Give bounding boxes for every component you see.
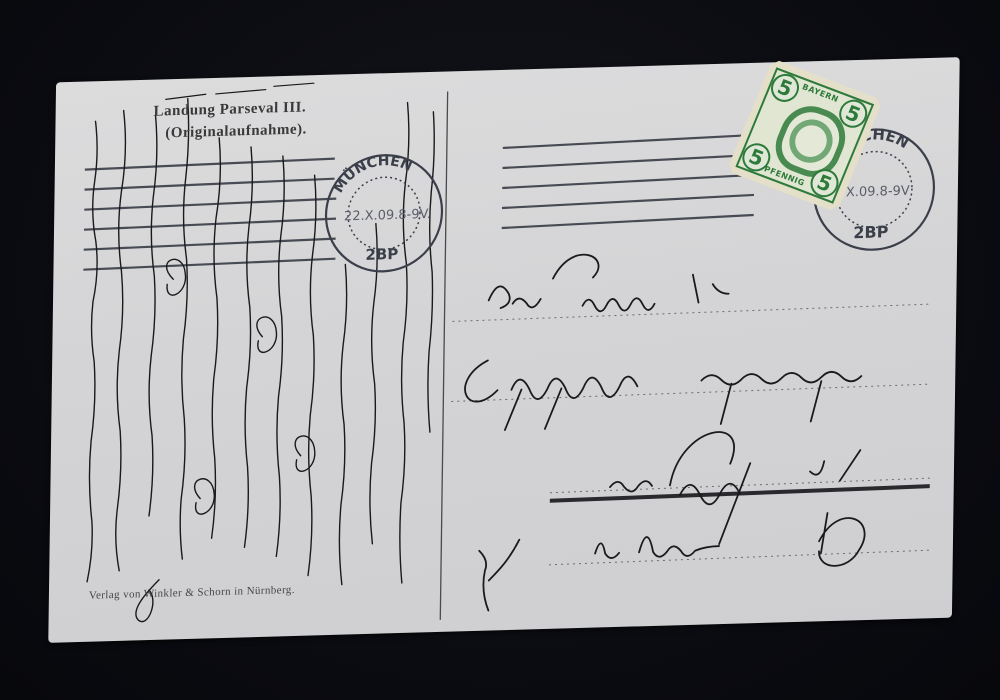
cancel-lines-right	[502, 135, 755, 228]
svg-text:2BP: 2BP	[365, 245, 398, 264]
address-lines	[449, 304, 932, 568]
stamp-value: 5	[767, 70, 804, 106]
svg-text:22.X.09.8-9V.: 22.X.09.8-9V.	[344, 207, 431, 224]
postmark-left: MÜNCHEN 22.X.09.8-9V. 2BP	[325, 152, 443, 273]
stamp-country: BAYERN	[801, 82, 840, 104]
postcard: MÜNCHEN 22.X.09.8-9V. 2BP MÜNCHEN	[48, 57, 959, 643]
cancel-lines-left	[83, 159, 336, 270]
svg-text:2BP: 2BP	[853, 222, 889, 242]
divider-line	[440, 91, 447, 619]
svg-text:X.09.8-9V: X.09.8-9V	[846, 184, 910, 201]
svg-text:MÜNCHEN: MÜNCHEN	[330, 152, 414, 196]
handwritten-address	[462, 247, 869, 612]
